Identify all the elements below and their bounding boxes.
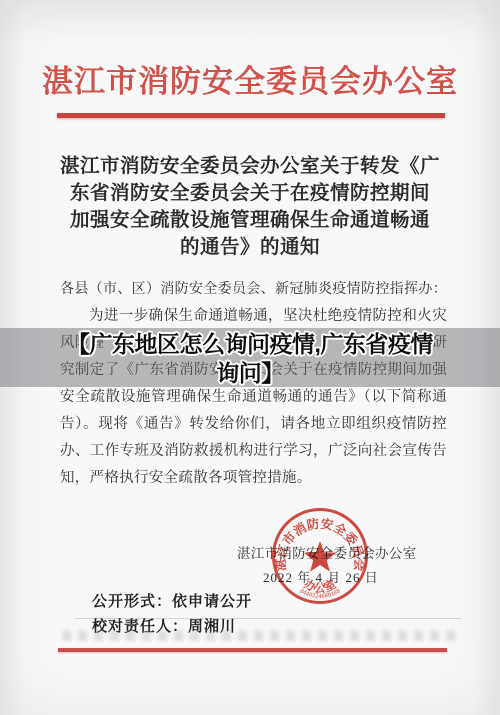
official-seal-icon: 湛江市消防安全委员会 办公室 0440224600188 <box>270 506 370 606</box>
body-line: 为进一步确保生命通道畅通，坚决杜绝疫情防控和火灾 <box>60 303 447 330</box>
salutation-line: 各县（市、区）消防安全委员会、新冠肺炎疫情防控指挥办： <box>60 276 447 303</box>
document-title-line: 湛江市消防安全委员会办公室关于转发《广 <box>40 153 460 180</box>
letterhead-title: 湛江市消防安全委员会办公室 <box>0 54 500 110</box>
subtitle-overlay-caption: 【广东地区怎么询问疫情,广东省疫情 询问】 <box>0 330 500 388</box>
subtitle-overlay-line1: 【广东地区怎么询问疫情,广东省疫情 <box>0 330 500 359</box>
footer-red-rule <box>58 648 447 652</box>
subtitle-overlay-line2: 询问】 <box>0 359 500 388</box>
body-line: 安全疏散设施管理确保生命通道畅通的通告》（以下简称通 <box>60 384 447 411</box>
body-line: 告）。现将《通告》转发给你们，请各地立即组织疫情防控 <box>60 411 447 438</box>
body-line: 办、工作专班及消防救援机构进行学习，广泛向社会宣传告 <box>60 438 447 465</box>
document-title: 湛江市消防安全委员会办公室关于转发《广 东省消防安全委员会关于在疫情防控期间 加… <box>40 153 460 261</box>
document-title-line: 加强安全疏散设施管理确保生命通道畅通 <box>40 207 460 234</box>
document-scan: 湛江市消防安全委员会办公室 湛江市消防安全委员会办公室关于转发《广 东省消防安全… <box>0 0 500 715</box>
seal-star-icon <box>304 541 336 572</box>
document-title-line: 的通告》的通知 <box>40 234 460 261</box>
document-title-line: 东省消防安全委员会关于在疫情防控期间 <box>40 180 460 207</box>
body-line: 知，严格执行安全疏散各项管控措施。 <box>60 465 447 492</box>
footer-open-type: 公开形式：依申请公开 <box>92 590 252 611</box>
bleed-through-smudge <box>62 630 460 641</box>
letterhead-rule <box>57 113 445 118</box>
